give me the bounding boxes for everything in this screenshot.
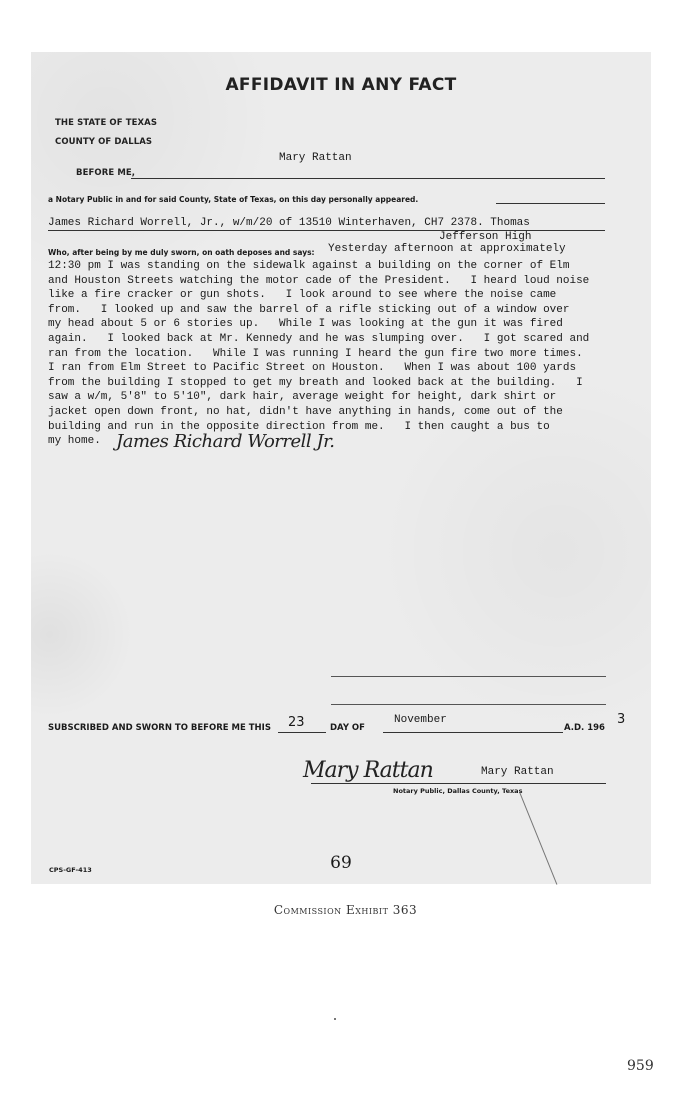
affidavit-title: AFFIDAVIT IN ANY FACT xyxy=(31,75,651,95)
statement-line: and Houston Streets watching the motor c… xyxy=(48,274,638,289)
day-value: 23 xyxy=(288,715,305,730)
notary-statement: a Notary Public in and for said County, … xyxy=(48,195,418,204)
state-label: THE STATE OF TEXAS xyxy=(55,118,157,128)
notary-caption: Notary Public, Dallas County, Texas xyxy=(393,787,522,795)
ad-year-label: A.D. 196 xyxy=(564,723,605,733)
day-field-line xyxy=(278,732,326,733)
blank-signature-line xyxy=(331,704,606,705)
affiant-signature: James Richard Worrell Jr. xyxy=(116,431,334,452)
month-field-line xyxy=(383,732,563,733)
blank-signature-line xyxy=(331,676,606,677)
statement-line: ran from the location. While I was runni… xyxy=(48,347,638,362)
month-value: November xyxy=(394,714,447,726)
day-of-label: DAY OF xyxy=(330,723,365,733)
statement-line: from. I looked up and saw the barrel of … xyxy=(48,303,638,318)
county-label: COUNTY OF DALLAS xyxy=(55,137,152,147)
statement-line: like a fire cracker or gun shots. I look… xyxy=(48,288,638,303)
subscribed-label: SUBSCRIBED AND SWORN TO BEFORE ME THIS xyxy=(48,723,271,733)
statement-line: saw a w/m, 5'8" to 5'10", dark hair, ave… xyxy=(48,390,638,405)
statement-body: 12:30 pm I was standing on the sidewalk … xyxy=(48,259,638,449)
before-me-field-line xyxy=(131,178,605,179)
notary-signature-line xyxy=(311,783,606,784)
notary-field-line xyxy=(496,203,605,204)
affiant-identification-continued: Jefferson High xyxy=(439,231,531,243)
statement-line: jacket open down front, no hat, didn't h… xyxy=(48,405,638,420)
scanned-affidavit: AFFIDAVIT IN ANY FACT THE STATE OF TEXAS… xyxy=(31,52,651,884)
inner-page-number: 69 xyxy=(31,853,651,873)
sworn-statement-label: Who, after being by me duly sworn, on oa… xyxy=(48,248,315,257)
speck xyxy=(334,1018,336,1020)
statement-line: 12:30 pm I was standing on the sidewalk … xyxy=(48,259,638,274)
statement-first-line: Yesterday afternoon at approximately xyxy=(328,243,566,255)
year-digit: 3 xyxy=(617,712,625,727)
notary-typed-name: Mary Rattan xyxy=(481,766,554,778)
before-me-label: BEFORE ME, xyxy=(76,168,135,178)
statement-line: my head about 5 or 6 stories up. While I… xyxy=(48,317,638,332)
statement-line: again. I looked back at Mr. Kennedy and … xyxy=(48,332,638,347)
affiant-identification: James Richard Worrell, Jr., w/m/20 of 13… xyxy=(48,217,605,231)
page-number: 959 xyxy=(627,1058,654,1074)
exhibit-caption: Commission Exhibit 363 xyxy=(0,903,691,917)
statement-line: I ran from Elm Street to Pacific Street … xyxy=(48,361,638,376)
before-me-value: Mary Rattan xyxy=(279,152,352,164)
notary-signature: Mary Rattan xyxy=(303,758,433,783)
statement-line: from the building I stopped to get my br… xyxy=(48,376,638,391)
